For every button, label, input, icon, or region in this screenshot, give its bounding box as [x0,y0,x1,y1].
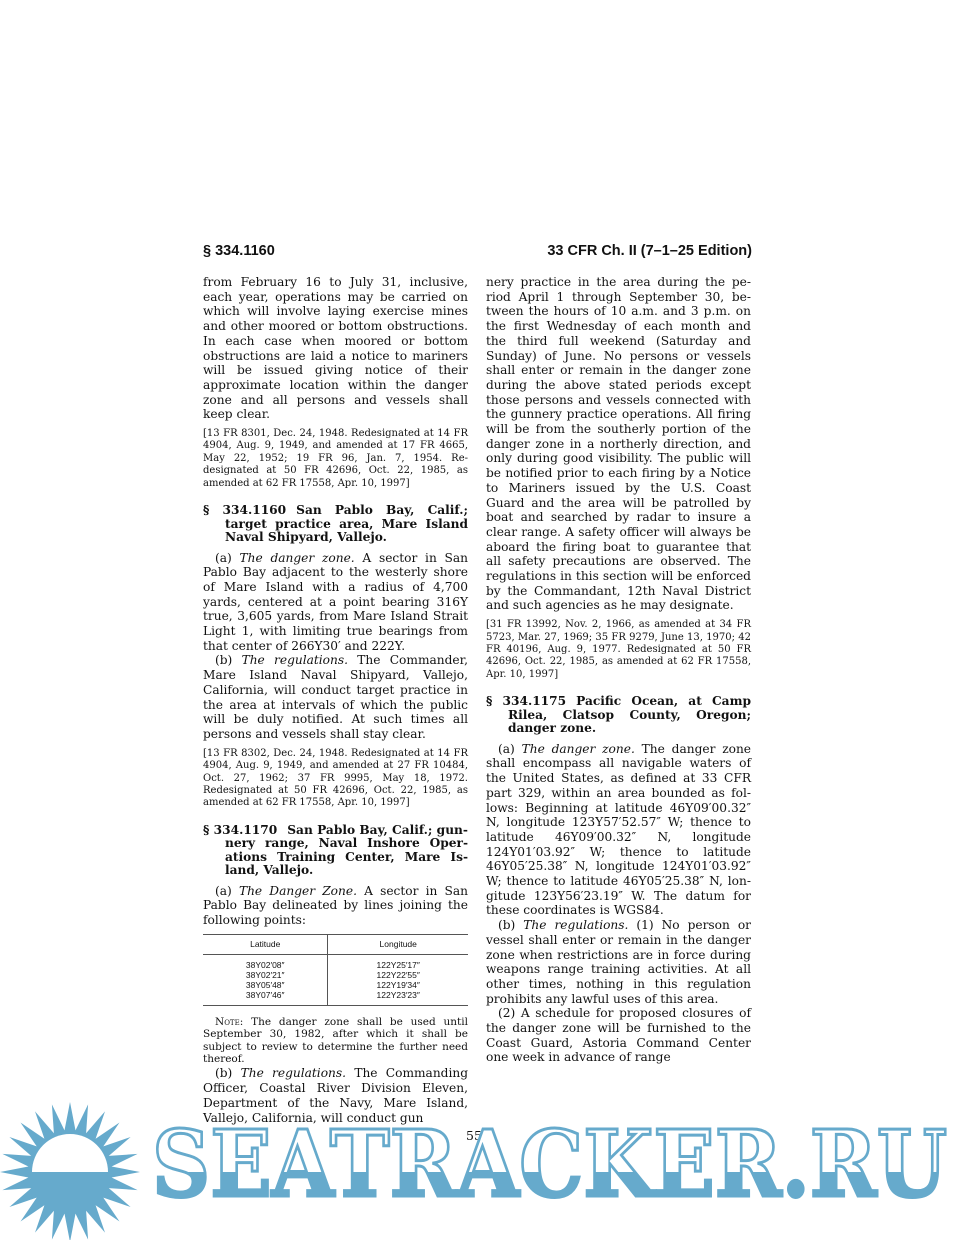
column-header-longitude: Longitude [328,934,468,954]
table-row: 38Y05′48″ 122Y19′34″ [203,980,468,990]
left-column: from February 16 to July 31, inclusive, … [203,275,468,1125]
note-paragraph: Note: The danger zone shall be used unti… [203,1016,468,1066]
header-section-ref: § 334.1160 [203,243,275,259]
watermark-text: SEATRACKER.RU SEATRACKER.RU [152,1110,947,1218]
continued-paragraph: nery practice in the area during the pe­… [486,275,751,613]
paragraph-b: (b) The regulations. The Commander, Mare… [203,653,468,741]
source-citation: [13 FR 8302, Dec. 24, 1948. Redesignated… [203,748,468,810]
paragraph-a: (a) The Danger Zone. A sector in San Pab… [203,884,468,928]
right-column: nery practice in the area during the pe­… [486,275,751,1065]
watermark: SEATRACKER.RU SEATRACKER.RU [0,1100,962,1240]
section-heading-334-1170: § 334.1170San Pablo Bay, Calif.; gun­ner… [203,824,468,878]
source-citation: [31 FR 13992, Nov. 2, 1966, as amended a… [486,619,751,681]
coordinates-table: Latitude Longitude 38Y02′08″ 122Y25′17″ … [203,934,468,1006]
table-row: 38Y02′21″ 122Y22′55″ [203,970,468,980]
table-row: 38Y02′08″ 122Y25′17″ [203,954,468,970]
document-page: § 334.1160 33 CFR Ch. II (7–1–25 Edition… [0,0,962,1240]
paragraph-a: (a) The danger zone. A sector in San Pab… [203,551,468,654]
paragraph-b: (b) The regulations. (1) No person or ve… [486,918,751,1006]
column-header-latitude: Latitude [203,934,328,954]
section-heading-334-1160: § 334.1160San Pablo Bay, Calif.; target … [203,504,468,545]
paragraph-a: (a) The danger zone. The danger zone sha… [486,742,751,918]
section-heading-334-1175: § 334.1175Pacific Ocean, at Camp Rilea, … [486,695,751,736]
continued-paragraph: from February 16 to July 31, inclusive, … [203,275,468,422]
source-citation: [13 FR 8301, Dec. 24, 1948. Redesignated… [203,428,468,490]
header-book-title: 33 CFR Ch. II (7–1–25 Edition) [547,243,752,259]
sun-logo-icon [0,1102,140,1240]
paragraph-b2: (2) A schedule for proposed closures of … [486,1006,751,1065]
running-header: § 334.1160 33 CFR Ch. II (7–1–25 Edition… [203,243,752,261]
table-row: 38Y07′46″ 122Y23′23″ [203,990,468,1006]
